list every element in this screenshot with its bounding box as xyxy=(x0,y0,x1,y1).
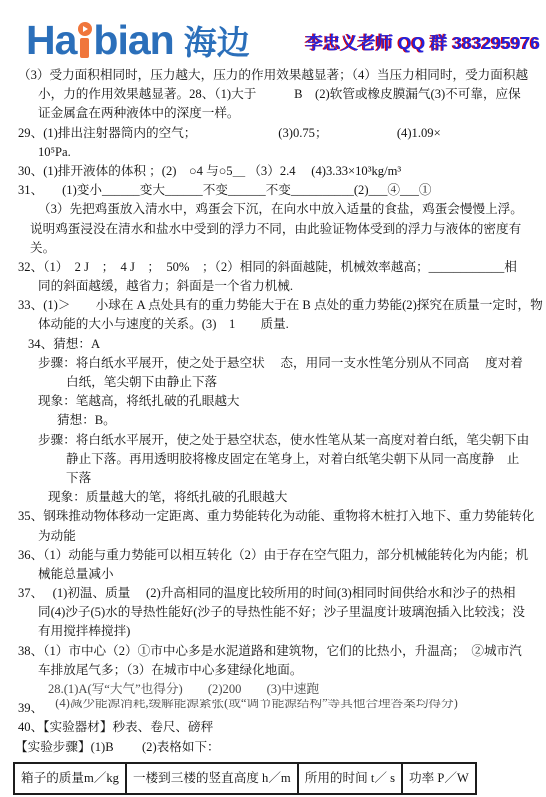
answer-line: 步骤：将白纸水平展开，使之处于悬空状态，使水性笔从某一高度对着白纸，笔尖朝下由 xyxy=(0,431,546,450)
answer-line: 白纸，笔尖朝下由静止下落 xyxy=(0,373,546,392)
answer-line: 10⁵Pa. xyxy=(0,143,546,162)
logo-text-bian: bian xyxy=(93,24,173,58)
answer-line: 有用搅拌棒搅拌) xyxy=(0,622,546,641)
answer-line: 步骤：将白纸水平展开，使之处于悬空状 态，用同一支水性笔分别从不同高 度对着 xyxy=(0,354,546,373)
answers-body: （3）受力面积相同时，压力越大，压力的作用效果越显著；（4）当压力相同时，受力面… xyxy=(0,66,546,795)
answer-line: 车排放尾气多；（3）在城市中心多建绿化地面。 xyxy=(0,661,546,680)
item-39-number: 39、 xyxy=(18,701,43,715)
answer-line: 40、【实验器材】秒表、卷尺、磅秤 xyxy=(0,718,546,737)
answer-line: （3）受力面积相同时，压力越大，压力的作用效果越显著；（4）当压力相同时，受力面… xyxy=(0,66,546,85)
haibian-logo: Habian 海边 xyxy=(26,22,250,58)
table-header-power: 功率 P／W xyxy=(402,763,476,794)
answer-line: 32、（1） 2 J ； 4 J ； 50% ；（2）相同的斜面越陡，机械效率越… xyxy=(0,258,546,277)
answer-line: 关。 xyxy=(0,239,546,258)
answer-line: 35、钢珠推动物体移动一定距离、重力势能转化为动能、重物将木桩打入地下、重力势能… xyxy=(0,507,546,526)
pasted-answer-line: 28.(1)A(写“大气”也得分) (2)200 (3)中速跑 xyxy=(0,680,546,699)
answer-line: 33、(1)＞ 小球在 A 点处具有的重力势能大于在 B 点处的重力势能(2)探… xyxy=(0,296,546,315)
answer-line: 下落 xyxy=(0,469,546,488)
answer-line: 【实验步骤】(1)B (2)表格如下： xyxy=(0,738,546,757)
pasted-answer-line: (4)减少能源消耗,缓解能源紧张(或“调节能源结构”等其他合理答案均得分) xyxy=(55,699,458,710)
table-header-height: 一楼到三楼的竖直高度 h／m xyxy=(126,763,298,794)
logo-wordmark: Habian xyxy=(26,22,174,58)
logo-chinese-name: 海边 xyxy=(184,27,250,58)
answer-line: 30、(1)排开液体的体积 ；(2) ○4 与○5＿ （3）2.4 (4)3.3… xyxy=(0,162,546,181)
answer-line: 为动能 xyxy=(0,527,546,546)
play-triangle-icon xyxy=(83,26,88,32)
answer-line: 证金属盒在两种液体中的深度一样。 xyxy=(0,104,546,123)
answer-line: 34、猜想：A xyxy=(0,335,546,354)
answer-line: 现象：笔越高，将纸扎破的孔眼越大 xyxy=(0,392,546,411)
answer-line: 械能总量减小 xyxy=(0,565,546,584)
answer-line: 37、 (1)初温、质量 (2)升高相同的温度比较所用的时间(3)相同时间供给水… xyxy=(0,584,546,603)
table-header-time: 所用的时间 t／ s xyxy=(298,763,402,794)
teacher-qq-info: 李忠义老师 QQ 群 383295976 xyxy=(306,30,542,55)
logo-i-stem xyxy=(80,38,89,58)
answer-line: 36、（1）动能与重力势能可以相互转化（2）由于存在空气阻力，部分机械能转化为内… xyxy=(0,546,546,565)
answer-line: （3）先把鸡蛋放入清水中，鸡蛋会下沉，在向水中放入适量的食盐，鸡蛋会慢慢上浮。 xyxy=(0,200,546,219)
answer-line: 38、（1）市中心（2）①市中心多是水泥道路和建筑物，它们的比热小，升温高； ②… xyxy=(0,642,546,661)
answer-line: 现象：质量越大的笔，将纸扎破的孔眼越大 xyxy=(0,488,546,507)
answer-line: 说明鸡蛋浸没在清水和盐水中受到的浮力不同，由此验证物体受到的浮力与液体的密度有 xyxy=(0,220,546,239)
experiment-table: 箱子的质量m／kg 一楼到三楼的竖直高度 h／m 所用的时间 t／ s 功率 P… xyxy=(13,762,477,795)
header: Habian 海边 李忠义老师 QQ 群 383295976 xyxy=(0,0,546,58)
play-icon-circle xyxy=(78,22,92,36)
answer-line: 29、(1)排出注射器筒内的空气； (3)0.75； (4)1.09× xyxy=(0,124,546,143)
logo-text-ha: Ha xyxy=(26,24,76,58)
answer-line: 体动能的大小与速度的关系。(3) 1 质量. xyxy=(0,315,546,334)
table-header-mass: 箱子的质量m／kg xyxy=(14,763,126,794)
answer-line: 31、 (1)变小______变大______不变______不变_______… xyxy=(0,181,546,200)
answer-line: 同(4)沙子(5)水的导热性能好(沙子的导热性能不好；沙子里温度计玻璃泡插入比较… xyxy=(0,603,546,622)
answer-line: 小，力的作用效果越显著。28、（1)大于 B (2)软管或橡皮膜漏气(3)不可靠… xyxy=(0,85,546,104)
table-header-row: 箱子的质量m／kg 一楼到三楼的竖直高度 h／m 所用的时间 t／ s 功率 P… xyxy=(14,763,476,794)
answer-line: 静止下落。再用透明胶将橡皮固定在笔身上，对着白纸笔尖朝下从同一高度静 止 xyxy=(0,450,546,469)
document-page: Habian 海边 李忠义老师 QQ 群 383295976 （3）受力面积相同… xyxy=(0,0,546,797)
answer-line-39: 39、(4)减少能源消耗,缓解能源紧张(或“调节能源结构”等其他合理答案均得分) xyxy=(0,699,546,718)
answer-line: 同的斜面越缓，越省力；斜面是一个省力机械. xyxy=(0,277,546,296)
answer-line: 猜想：B。 xyxy=(0,411,546,430)
play-icon xyxy=(77,22,92,58)
